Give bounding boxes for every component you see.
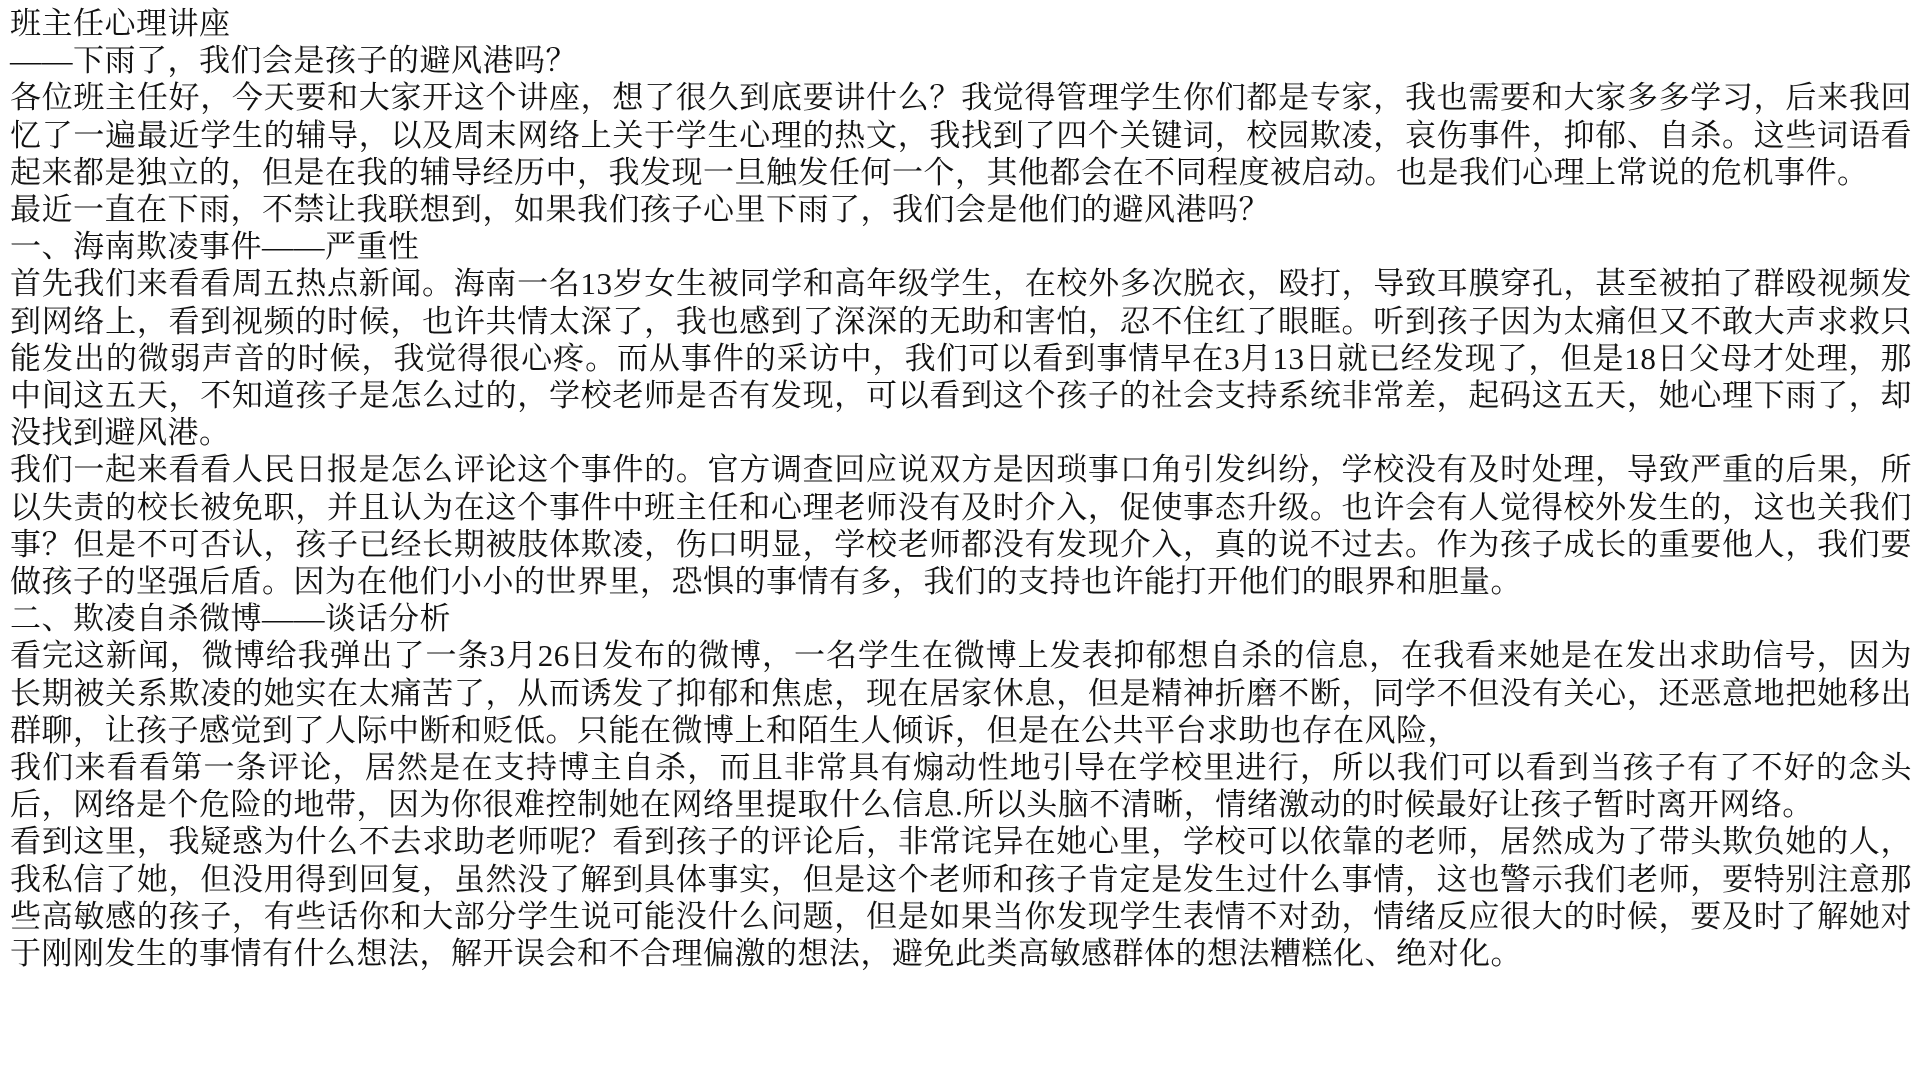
document-page: 班主任心理讲座 ——下雨了，我们会是孩子的避风港吗？ 各位班主任好，今天要和大家… [0,0,1920,1080]
paragraph-weibo: 看完这新闻，微博给我弹出了一条3月26日发布的微博，一名学生在微博上发表抑郁想自… [10,637,1912,749]
paragraph-news: 首先我们来看看周五热点新闻。海南一名13岁女生被同学和高年级学生，在校外多次脱衣… [10,265,1912,451]
paragraph-teacher-reflection: 看到这里，我疑惑为什么不去求助老师呢？看到孩子的评论后，非常诧异在她心里，学校可… [10,823,1912,972]
paragraph-comment-analysis: 我们来看看第一条评论，居然是在支持博主自杀，而且非常具有煽动性地引导在学校里进行… [10,749,1912,823]
section-heading-2: 二、欺凌自杀微博——谈话分析 [10,600,1912,637]
paragraph-rain: 最近一直在下雨，不禁让我联想到，如果我们孩子心里下雨了，我们会是他们的避风港吗？ [10,191,1912,228]
paragraph-commentary: 我们一起来看看人民日报是怎么评论这个事件的。官方调查回应说双方是因琐事口角引发纠… [10,451,1912,600]
doc-subtitle: ——下雨了，我们会是孩子的避风港吗？ [10,42,1912,79]
doc-title: 班主任心理讲座 [10,5,1912,42]
section-heading-1: 一、海南欺凌事件——严重性 [10,228,1912,265]
paragraph-intro: 各位班主任好，今天要和大家开这个讲座，想了很久到底要讲什么？我觉得管理学生你们都… [10,79,1912,191]
